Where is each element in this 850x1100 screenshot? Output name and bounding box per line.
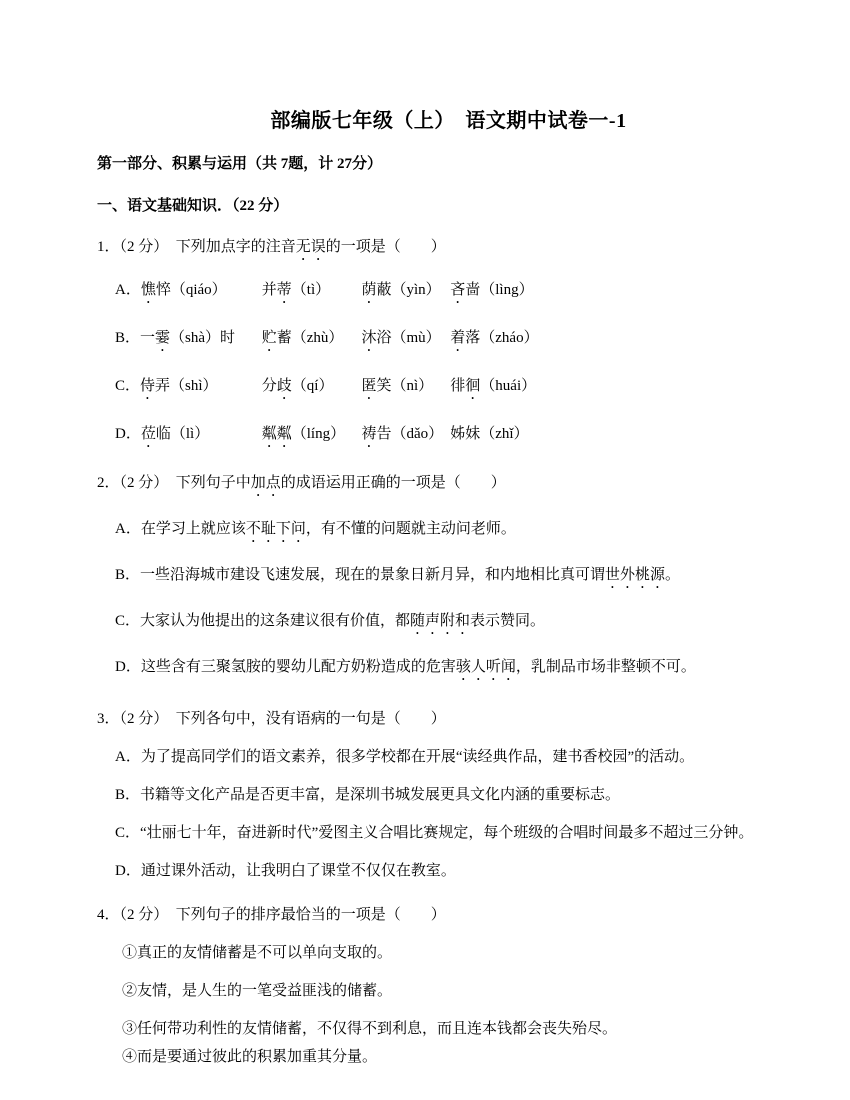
text-segment: A． (115, 282, 141, 298)
emphasis-dotted-text: 荫 (362, 282, 377, 298)
text-segment: 的成语运用正确的一项是（ ） (281, 475, 506, 491)
question-1-option-b: B．一霎（shà）时 贮蓄（zhù） 沐浴（mù） 着落（zháo） (115, 330, 800, 355)
q1-option-d-word-2: 粼粼（líng） (262, 426, 358, 451)
emphasis-dotted-text: 无误 (296, 239, 326, 255)
question-3-option-c: C．“壮丽七十年，奋进新时代”爱图主义合唱比赛规定，每个班级的合唱时间最多不超过… (115, 825, 800, 842)
text-segment: ，乳制品市场非整顿不可。 (516, 659, 696, 675)
q1-option-c-word-4: 徘徊（huái） (450, 378, 536, 403)
text-segment: 分 (262, 378, 277, 394)
emphasis-dotted-text: 歧 (277, 378, 292, 394)
part-heading: 第一部分、积累与运用（共 7题，计 27分） (97, 156, 800, 173)
q1-option-a-word-4: 吝啬（lìng） (450, 282, 533, 307)
question-3-option-a: A．为了提高同学们的语文素养，很多学校都在开展“读经典作品，建书香校园”的活动。 (115, 749, 800, 766)
text-segment: （qí） (292, 378, 334, 394)
text-segment: 徘 (450, 378, 465, 394)
question-4-sentence-2: ②友情，是人生的一笔受益匪浅的储蓄。 (122, 983, 800, 1000)
q1-option-a-word-2: 并蒂（tì） (262, 282, 358, 307)
question-1-option-a: A．憔悴（qiáo） 并蒂（tì） 荫蔽（yìn） 吝啬（lìng） (115, 282, 800, 307)
text-segment: （tì） (292, 282, 330, 298)
text-segment: 蓄（zhù） (277, 330, 344, 346)
q1-option-a-word-1: A．憔悴（qiáo） (115, 282, 258, 307)
q1-option-b-word-4: 着落（zháo） (450, 330, 538, 355)
text-segment: ，有不懂的问题就主动问老师。 (306, 521, 516, 537)
q1-option-c-word-3: 匿笑（nì） (362, 378, 447, 403)
text-segment: （huái） (480, 378, 536, 394)
text-segment: 浴（mù） (377, 330, 441, 346)
emphasis-dotted-text: 着 (450, 330, 465, 346)
q1-option-b-word-1: B．一霎（shà）时 (115, 330, 258, 355)
text-segment: A．在学习上就应该 (115, 521, 246, 537)
question-4-sentence-1: ①真正的友情储蓄是不可以单向支取的。 (122, 945, 800, 962)
q1-option-d-word-3: 祷告（dǎo） (362, 426, 447, 451)
emphasis-dotted-text: 世外桃源 (605, 567, 665, 583)
emphasis-dotted-text: 粼粼 (262, 426, 292, 442)
emphasis-dotted-text: 侍 (140, 378, 155, 394)
text-segment: 表示赞同。 (470, 613, 545, 629)
text-segment: 姊妹（zhǐ） (450, 426, 528, 442)
question-1-option-c: C．侍弄（shì） 分歧（qí） 匿笑（nì） 徘徊（huái） (115, 378, 800, 403)
text-segment: C． (115, 378, 140, 394)
exam-title: 部编版七年级（上） 语文期中试卷一-1 (97, 0, 800, 133)
question-2-option-a: A．在学习上就应该不耻下问，有不懂的问题就主动问老师。 (115, 521, 800, 546)
q1-option-c-word-1: C．侍弄（shì） (115, 378, 258, 403)
text-segment: C．大家认为他提出的这条建议很有价值，都 (115, 613, 410, 629)
text-segment: 。 (665, 567, 680, 583)
text-segment: 临（lì） (156, 426, 209, 442)
text-segment: 2．（2 分） 下列句子中 (97, 475, 251, 491)
text-segment: B．一 (115, 330, 155, 346)
text-segment: 告（dǎo） (377, 426, 444, 442)
emphasis-dotted-text: 沐 (362, 330, 377, 346)
text-segment: 蔽（yìn） (377, 282, 441, 298)
text-segment: 并 (262, 282, 277, 298)
text-segment: （shà）时 (170, 330, 235, 346)
emphasis-dotted-text: 祷 (362, 426, 377, 442)
q1-option-c-word-2: 分歧（qí） (262, 378, 358, 403)
exam-paper-page: 部编版七年级（上） 语文期中试卷一-1 第一部分、积累与运用（共 7题，计 27… (0, 0, 850, 1100)
text-segment: 落（zháo） (465, 330, 538, 346)
text-segment: 的一项是（ ） (326, 239, 446, 255)
text-segment: 1．（2 分） 下列加点字的注音 (97, 239, 296, 255)
emphasis-dotted-text: 骇人听闻 (456, 659, 516, 675)
question-2-option-b: B．一些沿海城市建设飞速发展，现在的景象日新月异，和内地相比真可谓世外桃源。 (115, 567, 800, 592)
emphasis-dotted-text: 不耻下问 (246, 521, 306, 537)
emphasis-dotted-text: 莅 (141, 426, 156, 442)
text-segment: D．这些含有三聚氢胺的婴幼儿配方奶粉造成的危害 (115, 659, 456, 675)
question-2-option-d: D．这些含有三聚氢胺的婴幼儿配方奶粉造成的危害骇人听闻，乳制品市场非整顿不可。 (115, 659, 800, 684)
text-segment: 悴（qiáo） (156, 282, 227, 298)
question-2-option-c: C．大家认为他提出的这条建议很有价值，都随声附和表示赞同。 (115, 613, 800, 638)
text-segment: 笑（nì） (377, 378, 434, 394)
question-3-stem: 3．（2 分） 下列各句中，没有语病的一句是（ ） (97, 711, 800, 728)
section-heading: 一、语文基础知识．（22 分） (97, 198, 800, 215)
emphasis-dotted-text: 匿 (362, 378, 377, 394)
emphasis-dotted-text: 霎 (155, 330, 170, 346)
text-segment: D． (115, 426, 141, 442)
question-4-sentence-4: ④而是要通过彼此的积累加重其分量。 (122, 1049, 800, 1066)
emphasis-dotted-text: 蒂 (277, 282, 292, 298)
question-1-stem: 1．（2 分） 下列加点字的注音无误的一项是（ ） (97, 239, 800, 264)
emphasis-dotted-text: 加点 (251, 475, 281, 491)
q1-option-d-word-4: 姊妹（zhǐ） (450, 426, 528, 443)
question-4-sentence-3: ③任何带功利性的友情储蓄，不仅得不到利息，而且连本钱都会丧失殆尽。 (122, 1021, 800, 1038)
emphasis-dotted-text: 随声附和 (410, 613, 470, 629)
text-segment: （líng） (292, 426, 345, 442)
q1-option-b-word-2: 贮蓄（zhù） (262, 330, 358, 355)
q1-option-a-word-3: 荫蔽（yìn） (362, 282, 447, 307)
emphasis-dotted-text: 贮 (262, 330, 277, 346)
question-3-option-b: B．书籍等文化产品是否更丰富，是深圳书城发展更具文化内涵的重要标志。 (115, 787, 800, 804)
emphasis-dotted-text: 徊 (465, 378, 480, 394)
emphasis-dotted-text: 憔 (141, 282, 156, 298)
text-segment: B．一些沿海城市建设飞速发展，现在的景象日新月异，和内地相比真可谓 (115, 567, 605, 583)
text-segment: 弄（shì） (155, 378, 218, 394)
q1-option-d-word-1: D．莅临（lì） (115, 426, 258, 451)
question-1-option-d: D．莅临（lì） 粼粼（líng） 祷告（dǎo） 姊妹（zhǐ） (115, 426, 800, 451)
text-segment: 啬（lìng） (465, 282, 533, 298)
question-4-stem: 4．（2 分） 下列句子的排序最恰当的一项是（ ） (97, 907, 800, 924)
question-3-option-d: D．通过课外活动，让我明白了课堂不仅仅在教室。 (115, 863, 800, 880)
question-2-stem: 2．（2 分） 下列句子中加点的成语运用正确的一项是（ ） (97, 475, 800, 500)
q1-option-b-word-3: 沐浴（mù） (362, 330, 447, 355)
emphasis-dotted-text: 吝 (450, 282, 465, 298)
